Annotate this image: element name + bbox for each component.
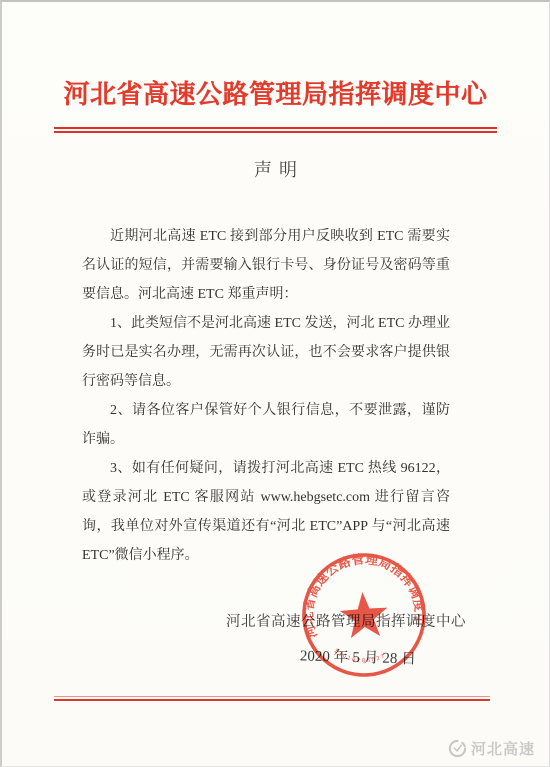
hebei-expressway-logo-icon [448, 739, 467, 758]
paragraph-intro: 近期河北高速 ETC 接到部分用户反映收到 ETC 需要实名认证的短信，并需要输… [82, 222, 450, 309]
signature-date: 2020 年 5 月 28 日 [291, 644, 426, 669]
document-body: 近期河北高速 ETC 接到部分用户反映收到 ETC 需要实名认证的短信，并需要输… [82, 222, 450, 570]
signature-organization: 河北省高速公路管理局指挥调度中心 [226, 610, 466, 631]
paragraph-item-2: 2、请各位客户保管好个人银行信息，不要泄露，谨防诈骗。 [82, 396, 450, 454]
letterhead-title: 河北省高速公路管理局指挥调度中心 [2, 76, 549, 114]
scanned-document-page: 河北省高速公路管理局指挥调度中心 声明 近期河北高速 ETC 接到部分用户反映收… [0, 0, 550, 767]
watermark: 河北高速 [448, 738, 535, 759]
paragraph-item-1: 1、此类短信不是河北高速 ETC 发送，河北 ETC 办理业务时已是实名办理，无… [82, 309, 450, 396]
letterhead-double-rule [54, 127, 497, 133]
footer-double-rule [54, 696, 490, 701]
paragraph-item-3: 3、如有任何疑问，请拨打河北高速 ETC 热线 96122，或登录河北 ETC … [82, 454, 450, 570]
document-heading: 声明 [2, 158, 549, 182]
watermark-label: 河北高速 [471, 738, 535, 759]
